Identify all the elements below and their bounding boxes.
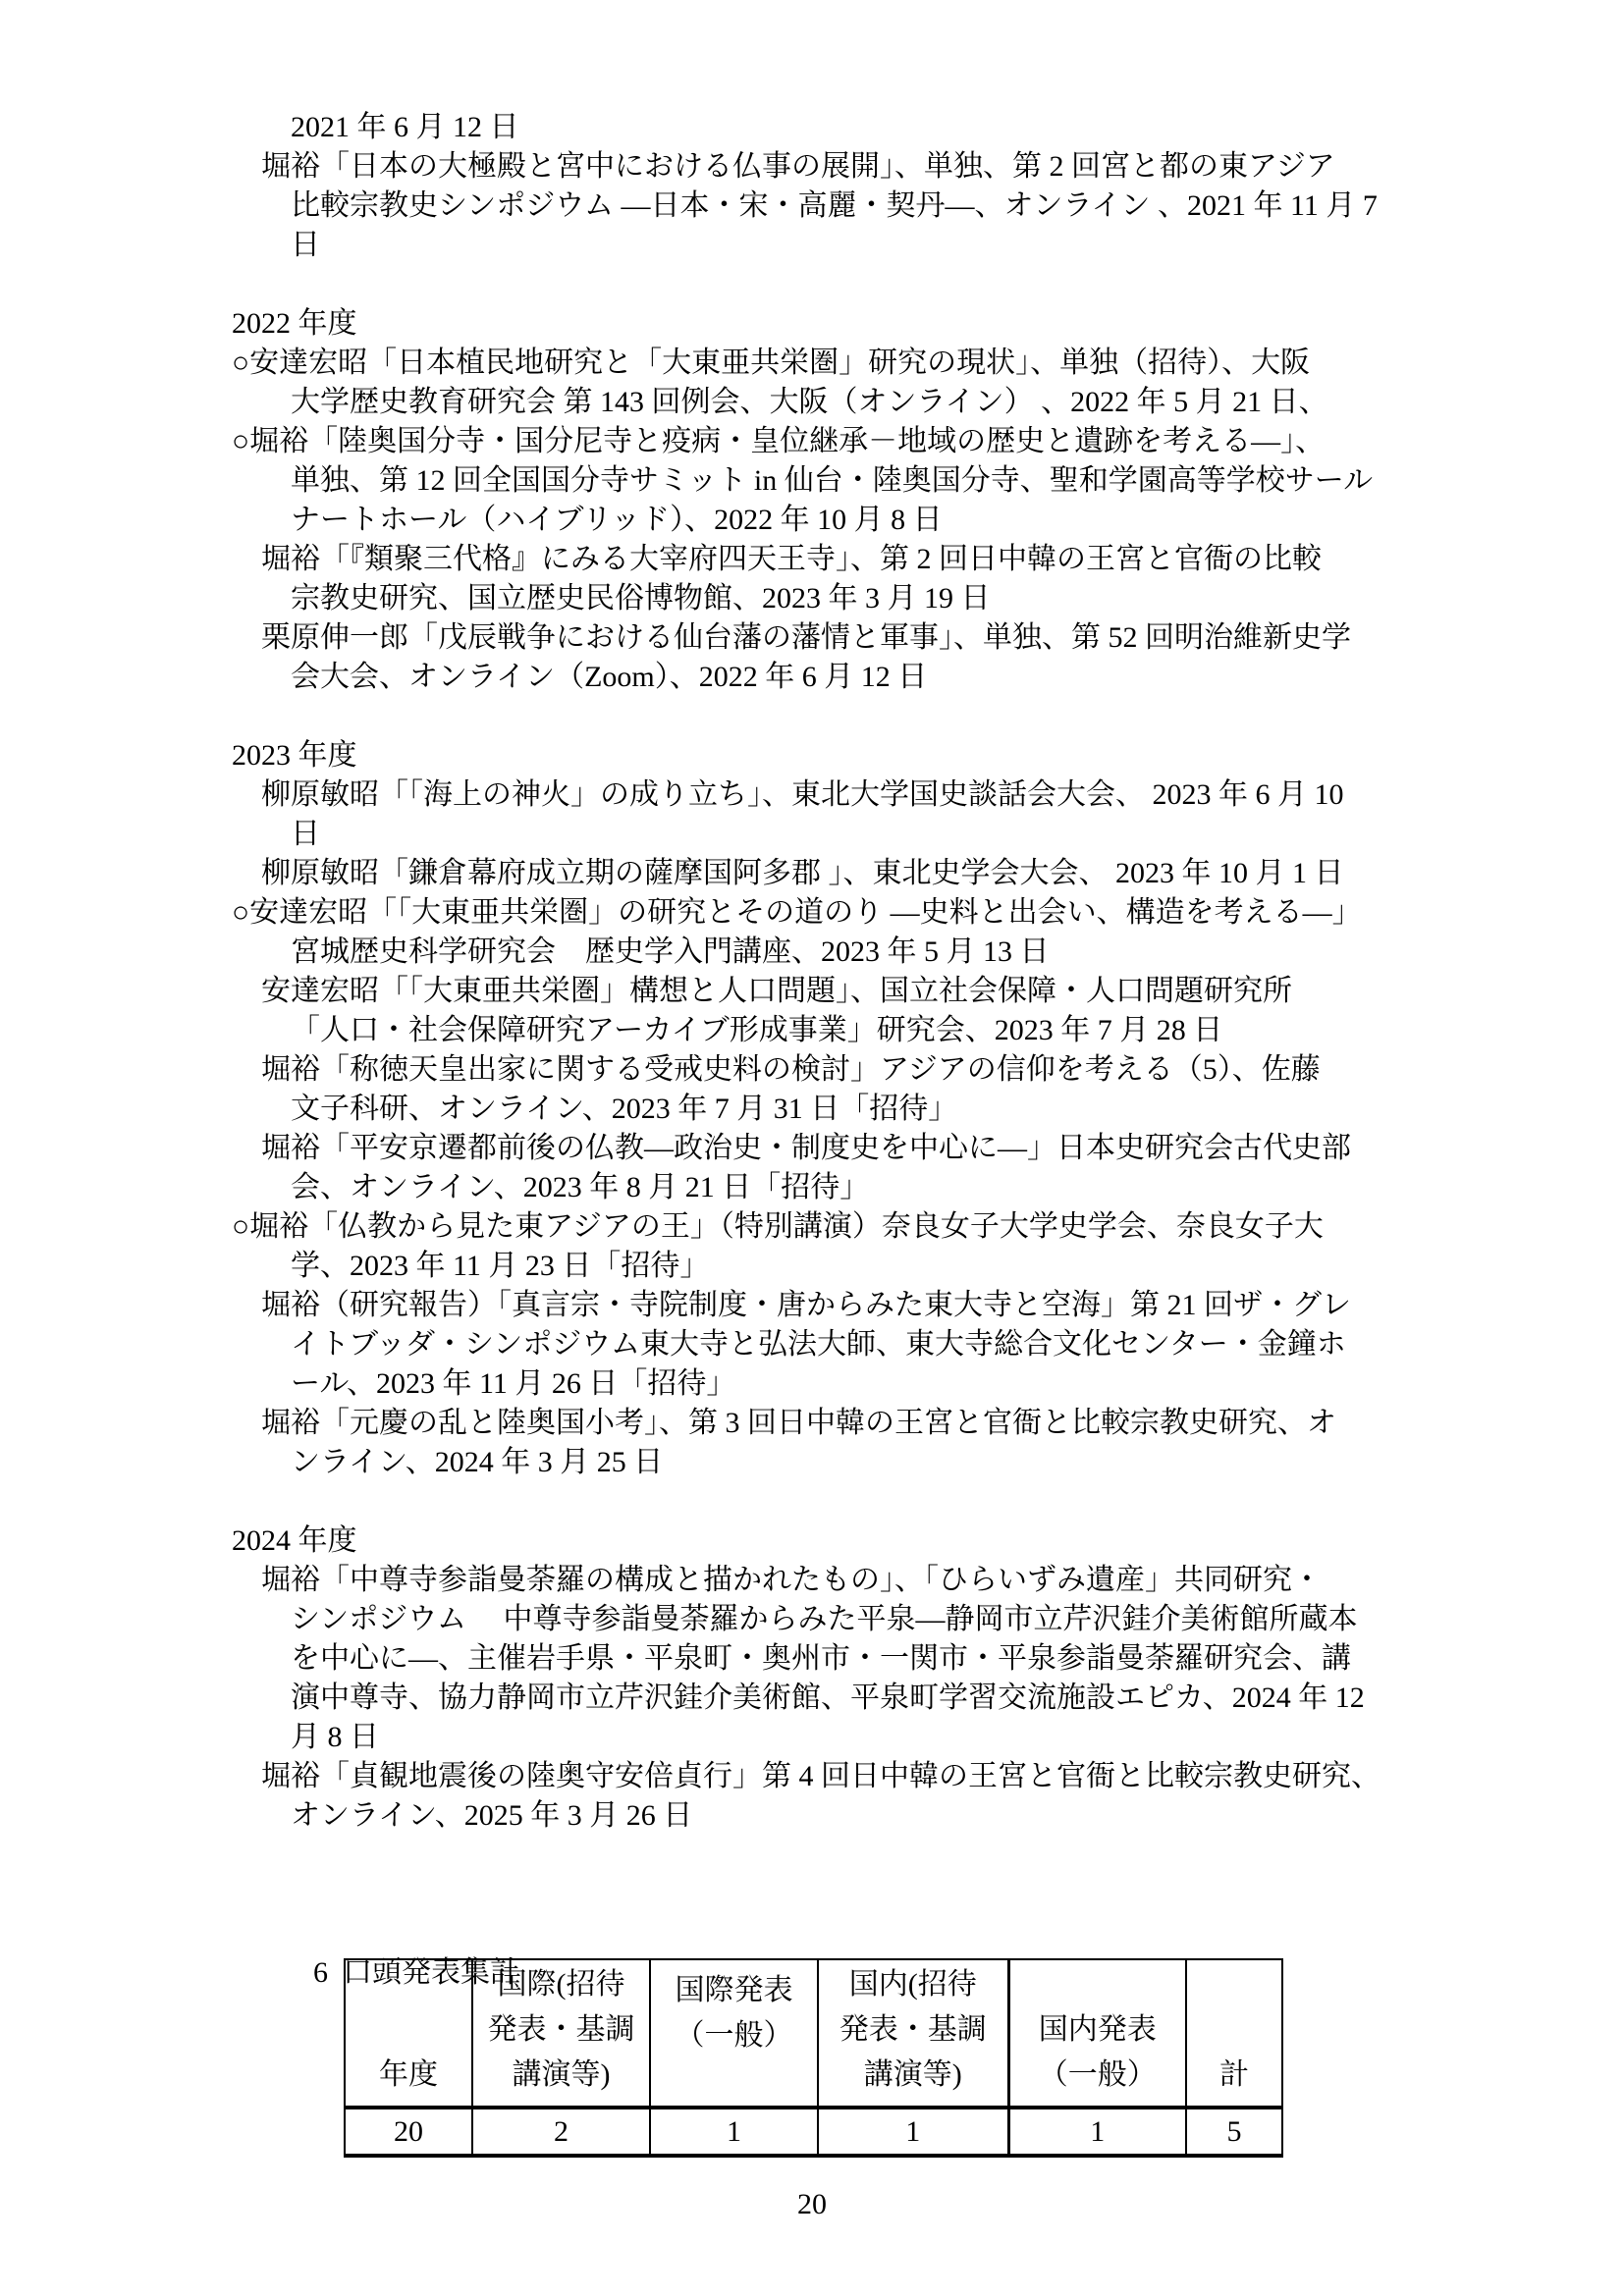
text-line: 堀裕「中尊寺参詣曼荼羅の構成と描かれたもの」、「ひらいずみ遺産」共同研究・ — [261, 1561, 1498, 1600]
text-line: ○堀裕「仏教から見た東アジアの王」（特別講演）奈良女子大学史学会、奈良女子大 — [232, 1207, 1498, 1247]
text-line: 堀裕「貞観地震後の陸奥守安倍貞行」第 4 回日中韓の王宮と官衙と比較宗教史研究、 — [261, 1757, 1498, 1796]
text-line: ール、2023 年 11 月 26 日「招待」 — [291, 1364, 1498, 1404]
text-line: 2024 年度 — [232, 1522, 1498, 1561]
text-line: オンライン、2025 年 3 月 26 日 — [291, 1796, 1498, 1836]
section-heading: 6口頭発表集計 — [284, 1914, 519, 1953]
text-line: 日 — [291, 815, 1498, 854]
text-line: ナートホール（ハイブリッド）、2022 年 10 月 8 日 — [291, 501, 1498, 540]
oral-presentation-summary-table: 年度国際(招待発表・基調講演等)国際発表（一般）国内(招待発表・基調講演等)国内… — [344, 1958, 1283, 2158]
text-line: を中心に―、主催岩手県・平泉町・奥州市・一関市・平泉参詣曼荼羅研究会、講 — [291, 1639, 1498, 1679]
data-cell: 1 — [818, 2108, 1008, 2156]
text-line: ○安達宏昭「「大東亜共栄圏」の研究とその道のり ―史料と出会い、構造を考える―」 — [232, 893, 1498, 933]
section-number: 6 — [313, 1956, 328, 1989]
header-cell: 国内(招待発表・基調講演等) — [818, 1959, 1008, 2108]
text-line: 柳原敏昭「「海上の神火」の成り立ち」、東北大学国史談話会大会、 2023 年 6… — [261, 775, 1498, 815]
header-cell: 国内発表（一般） — [1008, 1959, 1186, 2108]
text-line: 堀裕「『類聚三代格』にみる大宰府四天王寺」、第 2 回日中韓の王宮と官衙の比較 — [261, 540, 1498, 579]
text-line: 安達宏昭「「大東亜共栄圏」構想と人口問題」、国立社会保障・人口問題研究所 — [261, 972, 1498, 1011]
data-cell: 1 — [1008, 2108, 1186, 2156]
text-line: 比較宗教史シンポジウム ―日本・宋・高麗・契丹―、オンライン 、2021 年 1… — [291, 187, 1498, 226]
text-line: 堀裕（研究報告）「真言宗・寺院制度・唐からみた東大寺と空海」第 21 回ザ・グレ — [261, 1286, 1498, 1325]
header-cell: 計 — [1186, 1959, 1282, 2108]
page-number: 20 — [0, 2185, 1624, 2224]
text-line: 単独、第 12 回全国国分寺サミット in 仙台・陸奥国分寺、聖和学園高等学校サ… — [291, 461, 1498, 501]
text-line: 会、オンライン、2023 年 8 月 21 日「招待」 — [291, 1168, 1498, 1207]
text-line: ンライン、2024 年 3 月 25 日 — [291, 1443, 1498, 1482]
text-line: 2022 年度 — [232, 304, 1498, 344]
data-cell: 2 — [472, 2108, 650, 2156]
text-line: ○安達宏昭「日本植民地研究と「大東亜共栄圏」研究の現状」、単独（招待）、大阪 — [232, 344, 1498, 383]
text-line: 会大会、オンライン（Zoom）、2022 年 6 月 12 日 — [291, 658, 1498, 697]
text-line: 大学歴史教育研究会 第 143 回例会、大阪（オンライン） 、2022 年 5 … — [291, 383, 1498, 422]
data-cell: 1 — [650, 2108, 818, 2156]
text-line: 宮城歴史科学研究会 歴史学入門講座、2023 年 5 月 13 日 — [291, 933, 1498, 972]
text-line: 堀裕「称徳天皇出家に関する受戒史料の検討」アジアの信仰を考える（5）、佐藤 — [261, 1050, 1498, 1090]
text-line: 2023 年度 — [232, 736, 1498, 775]
text-line: 学、2023 年 11 月 23 日「招待」 — [291, 1247, 1498, 1286]
text-line: 月 8 日 — [291, 1718, 1498, 1757]
text-line: 2021 年 6 月 12 日 — [291, 108, 1498, 147]
text-line: 日 — [291, 226, 1498, 265]
presentation-list: 2021 年 6 月 12 日堀裕「日本の大極殿と宮中における仏事の展開」、単独… — [232, 108, 1498, 1836]
header-cell: 年度 — [345, 1959, 472, 2108]
document-page: 2021 年 6 月 12 日堀裕「日本の大極殿と宮中における仏事の展開」、単独… — [0, 0, 1624, 2296]
text-line: 堀裕「元慶の乱と陸奥国小考」、第 3 回日中韓の王宮と官衙と比較宗教史研究、オ — [261, 1404, 1498, 1443]
header-cell: 国際(招待発表・基調講演等) — [472, 1959, 650, 2108]
data-cell: 5 — [1186, 2108, 1282, 2156]
text-line: 栗原伸一郎「戊辰戦争における仙台藩の藩情と軍事」、単独、第 52 回明治維新史学 — [261, 618, 1498, 658]
blank-line — [232, 1482, 1498, 1522]
blank-line — [232, 697, 1498, 736]
text-line: 「人口・社会保障研究アーカイブ形成事業」研究会、2023 年 7 月 28 日 — [291, 1011, 1498, 1050]
text-line: 柳原敏昭「鎌倉幕府成立期の薩摩国阿多郡 」、東北史学会大会、 2023 年 10… — [261, 854, 1498, 893]
text-line: 宗教史研究、国立歴史民俗博物館、2023 年 3 月 19 日 — [291, 579, 1498, 618]
text-line: 演中尊寺、協力静岡市立芹沢銈介美術館、平泉町学習交流施設エピカ、2024 年 1… — [291, 1679, 1498, 1718]
text-line: イトブッダ・シンポジウム東大寺と弘法大師、東大寺総合文化センター・金鐘ホ — [291, 1325, 1498, 1364]
table-header-row: 年度国際(招待発表・基調講演等)国際発表（一般）国内(招待発表・基調講演等)国内… — [345, 1959, 1282, 2108]
text-line: ○堀裕「陸奥国分寺・国分尼寺と疫病・皇位継承－地域の歴史と遺跡を考える―」、 — [232, 422, 1498, 461]
data-cell: 20 — [345, 2108, 472, 2156]
text-line: 堀裕「平安京遷都前後の仏教―政治史・制度史を中心に―」日本史研究会古代史部 — [261, 1129, 1498, 1168]
blank-line — [232, 265, 1498, 304]
text-line: 文子科研、オンライン、2023 年 7 月 31 日「招待」 — [291, 1090, 1498, 1129]
header-cell: 国際発表（一般） — [650, 1959, 818, 2108]
table-data-row: 2021115 — [345, 2108, 1282, 2156]
text-line: シンポジウム 中尊寺参詣曼荼羅からみた平泉―静岡市立芹沢銈介美術館所蔵本 — [291, 1600, 1498, 1639]
text-line: 堀裕「日本の大極殿と宮中における仏事の展開」、単独、第 2 回宮と都の東アジア — [261, 147, 1498, 187]
